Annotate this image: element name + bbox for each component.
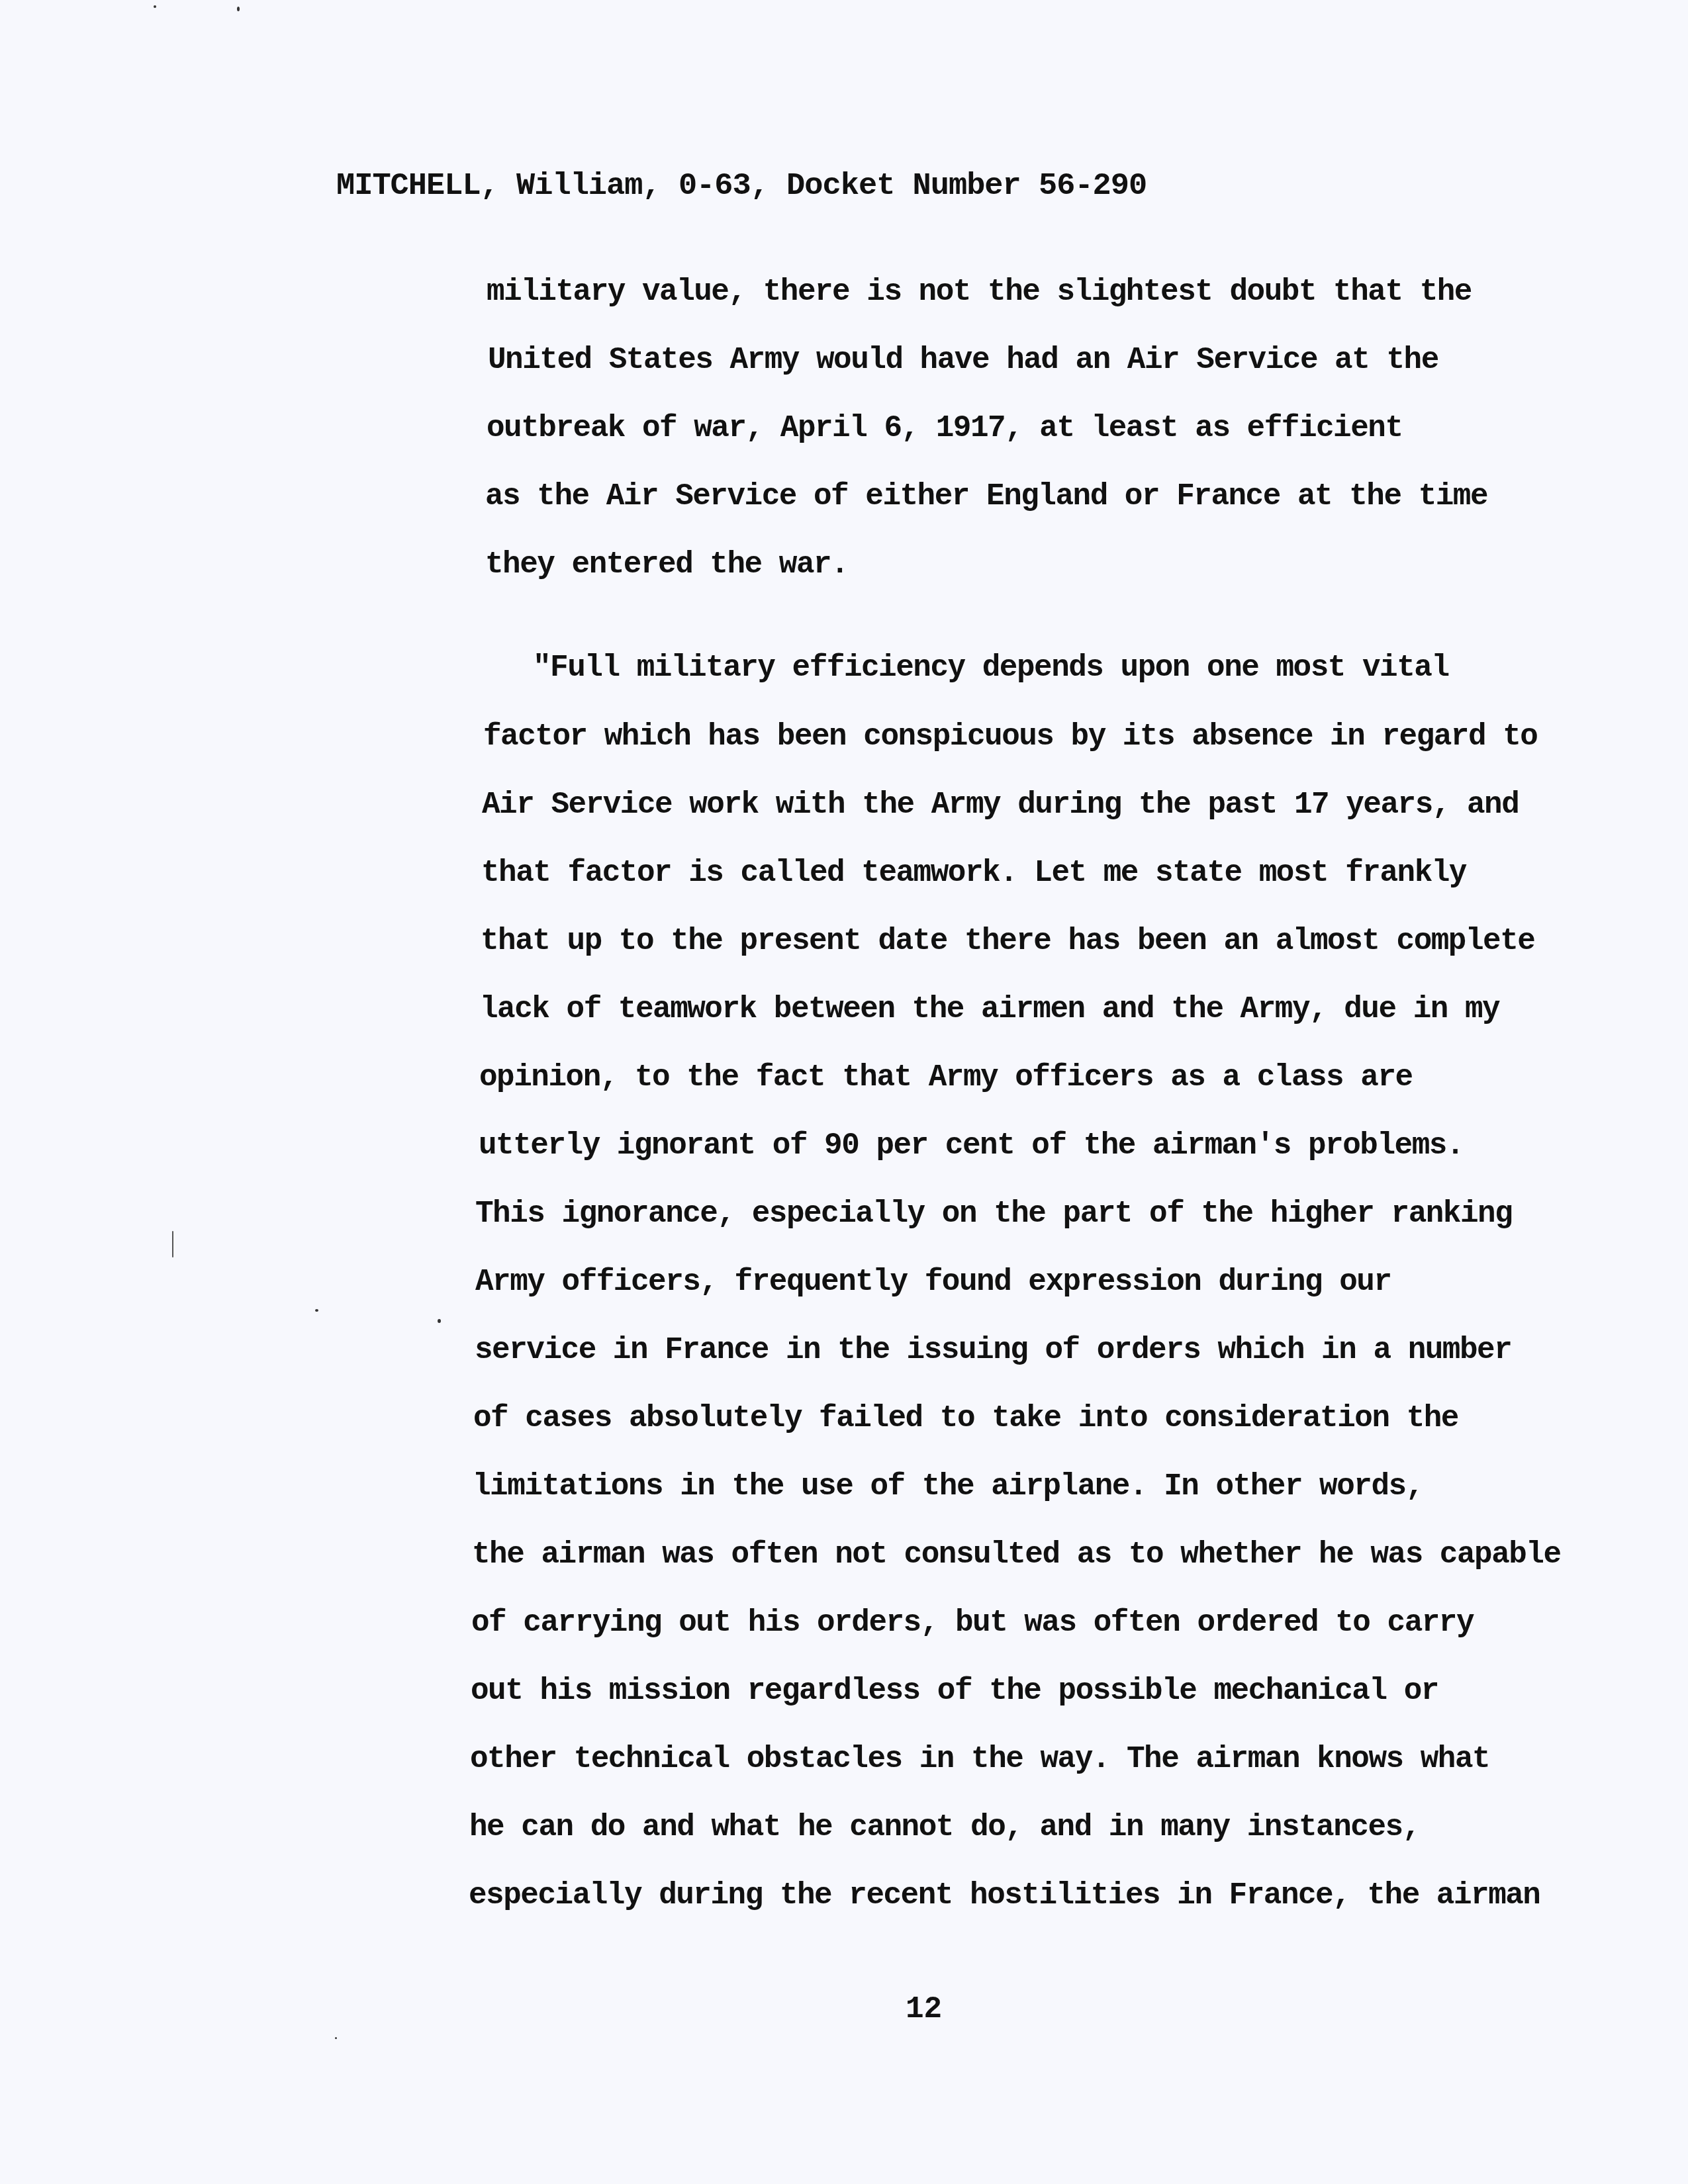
document-page: MITCHELL, William, 0-63, Docket Number 5… — [0, 0, 1688, 2184]
page-number: 12 — [906, 1992, 942, 2026]
text-line: of cases absolutely failed to take into … — [473, 1403, 1458, 1433]
text-line: opinion, to the fact that Army officers … — [479, 1062, 1413, 1093]
text-line: "Full military efficiency depends upon o… — [533, 653, 1449, 683]
text-line: military value, there is not the slighte… — [487, 277, 1472, 307]
text-line: utterly ignorant of 90 per cent of the a… — [479, 1130, 1464, 1161]
text-line: that up to the present date there has be… — [481, 926, 1534, 956]
text-line: out his mission regardless of the possib… — [471, 1676, 1438, 1706]
text-line: Army officers, frequently found expressi… — [475, 1267, 1391, 1297]
text-line: Air Service work with the Army during th… — [482, 790, 1519, 820]
text-line: lack of teamwork between the airmen and … — [480, 994, 1499, 1024]
text-line: limitations in the use of the airplane. … — [473, 1471, 1423, 1502]
scan-speck — [438, 1319, 441, 1323]
text-line: they entered the war. — [485, 549, 848, 580]
scan-speck — [335, 2037, 337, 2039]
scan-speck — [315, 1309, 318, 1312]
text-line: the airman was often not consulted as to… — [472, 1539, 1561, 1570]
text-line: This ignorance, especially on the part o… — [475, 1199, 1512, 1229]
scan-speck — [154, 5, 156, 8]
text-line: factor which has been conspicuous by its… — [483, 721, 1537, 752]
scan-speck — [237, 7, 240, 11]
text-line: of carrying out his orders, but was ofte… — [471, 1608, 1474, 1638]
text-line: other technical obstacles in the way. Th… — [470, 1744, 1489, 1774]
text-line: especially during the recent hostilities… — [469, 1880, 1540, 1911]
text-line: as the Air Service of either England or … — [485, 481, 1487, 512]
text-line: outbreak of war, April 6, 1917, at least… — [487, 413, 1403, 443]
text-line: that factor is called teamwork. Let me s… — [481, 858, 1466, 888]
docket-header: MITCHELL, William, 0-63, Docket Number 5… — [336, 169, 1147, 204]
scan-mark — [172, 1231, 173, 1257]
text-line: service in France in the issuing of orde… — [475, 1335, 1511, 1365]
text-line: United States Army would have had an Air… — [488, 345, 1438, 375]
text-line: he can do and what he cannot do, and in … — [469, 1812, 1420, 1843]
